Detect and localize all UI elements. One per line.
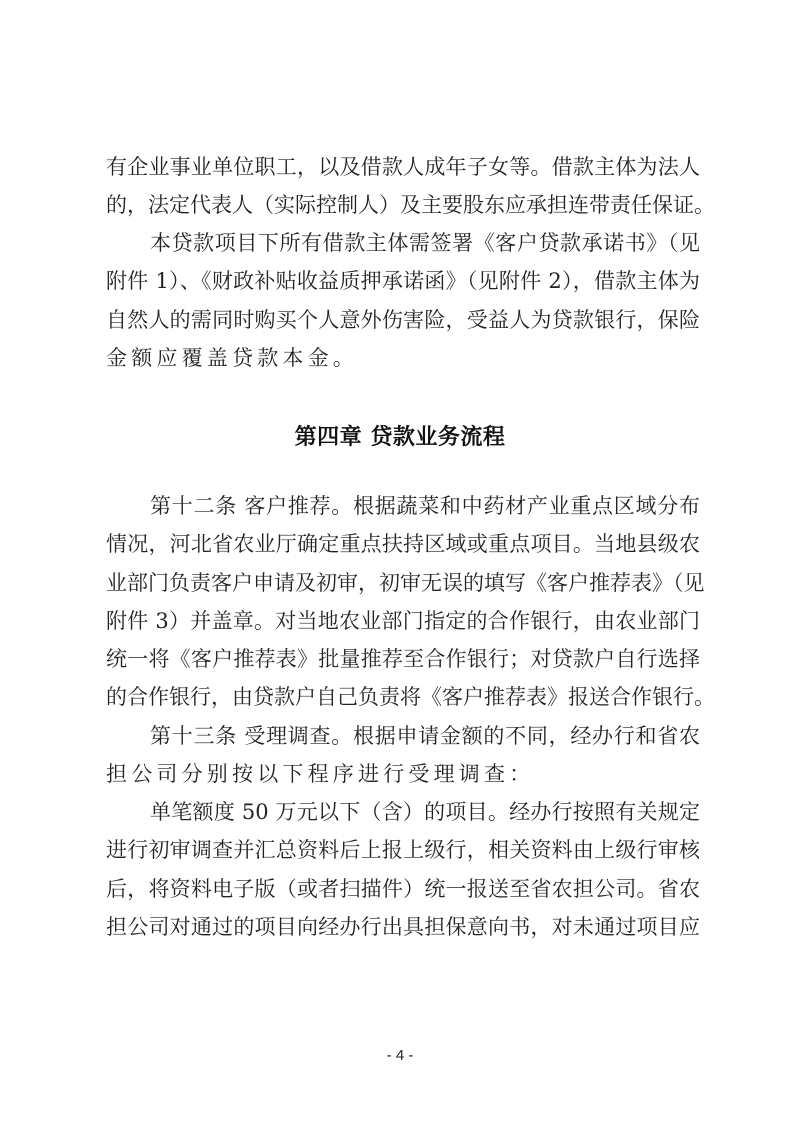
text-line: 的，法定代表人（实际控制人）及主要股东应承担连带责任保证。 — [106, 190, 700, 220]
text-line: 担公司对通过的项目向经办行出具担保意向书，对未通过项目应 — [106, 912, 700, 942]
page-number: - 4 - — [0, 1046, 800, 1066]
text-line: 有企业事业单位职工，以及借款人成年子女等。借款主体为法人 — [106, 152, 700, 182]
text-line: 担公司分别按以下程序进行受理调查： — [106, 759, 700, 789]
text-line: 进行初审调查并汇总资料后上报上级行，相关资料由上级行审核 — [106, 835, 700, 865]
text-line: 第十二条 客户推荐。根据蔬菜和中药材产业重点区域分布 — [150, 491, 700, 521]
text-line: 金额应覆盖贷款本金。 — [106, 343, 700, 373]
text-line: 第十三条 受理调查。根据申请金额的不同，经办行和省农 — [150, 721, 700, 751]
chapter-heading: 第四章 贷款业务流程 — [0, 423, 800, 453]
text-line: 自然人的需同时购买个人意外伤害险，受益人为贷款银行，保险 — [106, 305, 700, 335]
document-page: 有企业事业单位职工，以及借款人成年子女等。借款主体为法人 的，法定代表人（实际控… — [0, 0, 800, 1131]
text-line: 附件 3）并盖章。对当地农业部门指定的合作银行，由农业部门 — [106, 606, 700, 636]
text-line: 的合作银行，由贷款户自己负责将《客户推荐表》报送合作银行。 — [106, 682, 700, 712]
text-line: 统一将《客户推荐表》批量推荐至合作银行；对贷款户自行选择 — [106, 644, 700, 674]
text-line: 单笔额度 50 万元以下（含）的项目。经办行按照有关规定 — [150, 797, 700, 827]
text-line: 附件 1）、《财政补贴收益质押承诺函》（见附件 2），借款主体为 — [106, 266, 700, 296]
text-line: 后，将资料电子版（或者扫描件）统一报送至省农担公司。省农 — [106, 874, 700, 904]
text-line: 业部门负责客户申请及初审，初审无误的填写《客户推荐表》（见 — [106, 568, 700, 598]
text-line: 本贷款项目下所有借款主体需签署《客户贷款承诺书》（见 — [150, 228, 700, 258]
text-line: 情况，河北省农业厅确定重点扶持区域或重点项目。当地县级农 — [106, 529, 700, 559]
